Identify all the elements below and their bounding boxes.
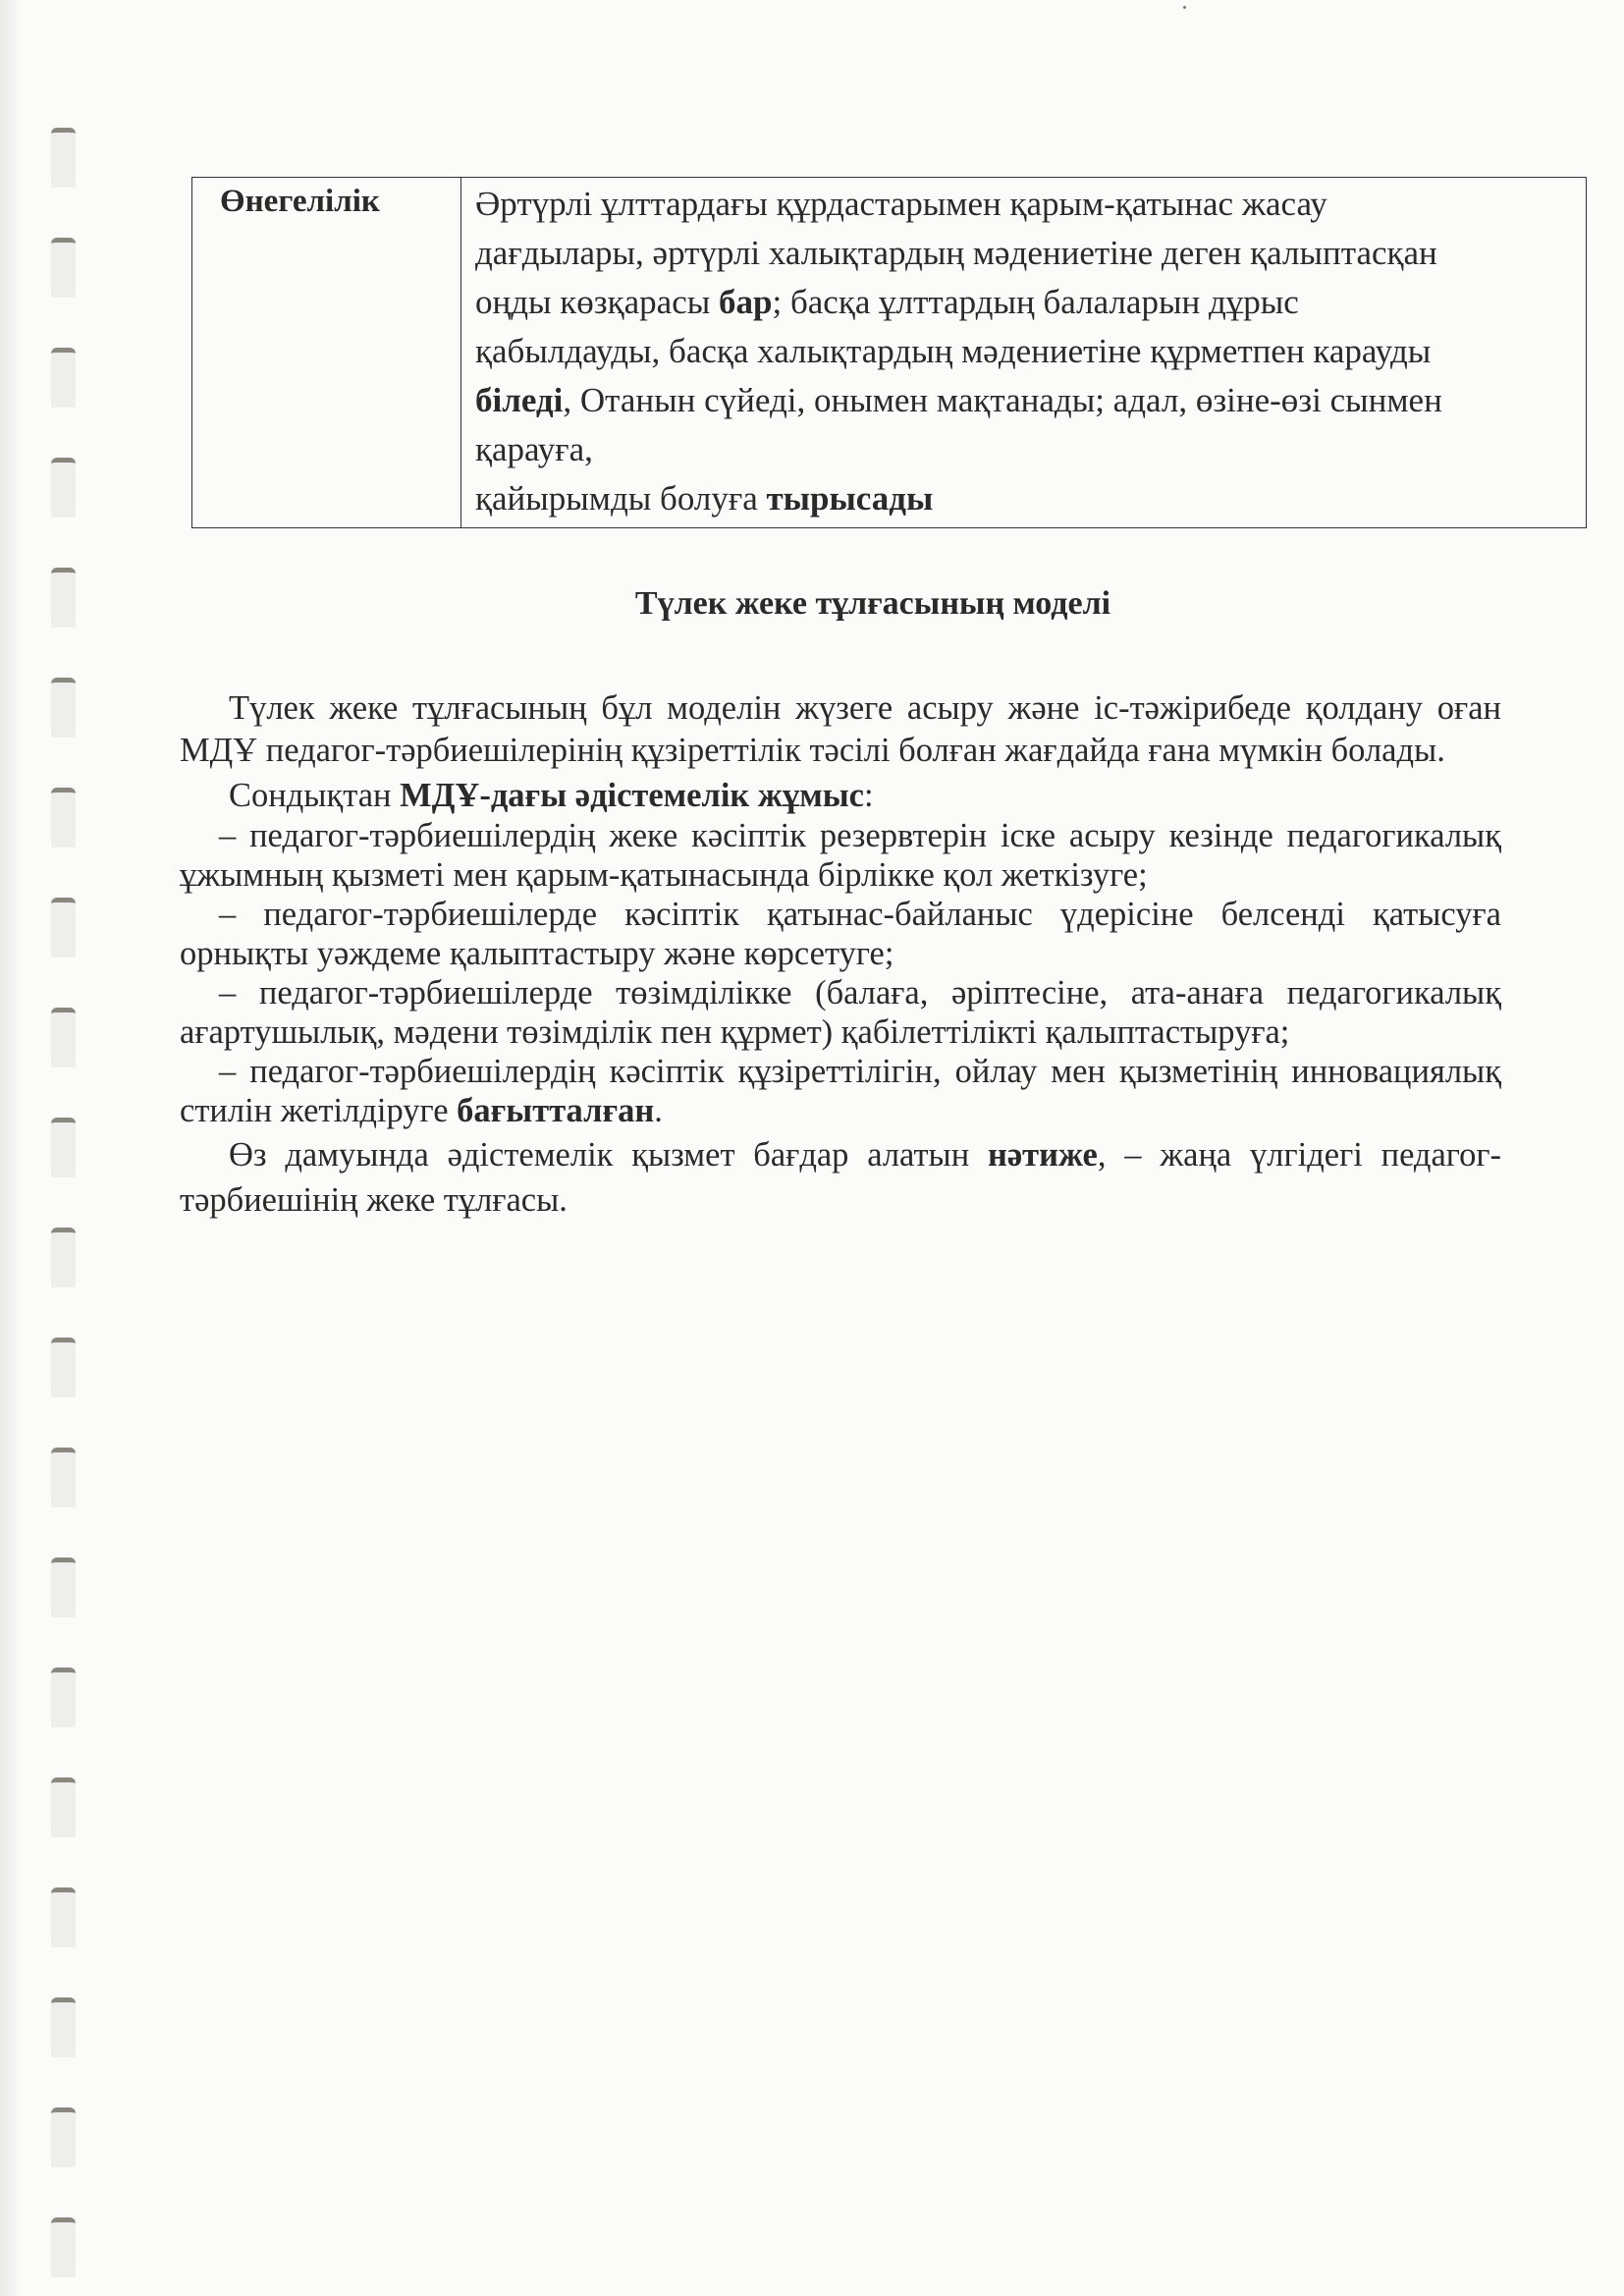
scan-speck (1183, 6, 1186, 9)
content-bold-text: біледі (475, 381, 563, 419)
content-bold-text: бар (719, 283, 772, 321)
content-text: , Отанын сүйеді, онымен мақтанады; адал,… (563, 381, 1441, 419)
binding-hole-icon (51, 1008, 76, 1067)
content-text: қарауға, (475, 430, 593, 468)
binding-hole-icon (51, 1338, 76, 1397)
binding-hole-icon (51, 128, 76, 188)
binding-hole-icon (51, 348, 76, 408)
content-line: қабылдауды, басқа халықтардың мәдениетін… (475, 327, 1574, 376)
content-line: қарауға, (475, 425, 1574, 474)
lead-colon: : (864, 777, 874, 814)
conclusion-bold-text: нәтиже (988, 1136, 1098, 1174)
body-text: Түлек жеке тұлғасының бұл моделін жүзеге… (180, 687, 1501, 1223)
scan-edge-shadow (0, 0, 22, 2296)
content-text: қабылдауды, басқа халықтардың мәдениетін… (475, 332, 1431, 370)
section-heading: Түлек жеке тұлғасының моделі (0, 585, 1624, 623)
binding-hole-icon (51, 1448, 76, 1507)
list-item: – педагог-тәрбиешілерде кәсіптік қатынас… (180, 895, 1501, 973)
lead-text: Сондықтан (229, 777, 400, 814)
list-item: – педагог-тәрбиешілерде төзімділікке (ба… (180, 973, 1501, 1052)
binding-hole-icon (51, 1997, 76, 2057)
section-heading-text: Түлек жеке тұлғасының моделі (635, 585, 1110, 623)
content-text: ; басқа ұлттардың балаларын дұрыс (772, 283, 1298, 321)
table-cell-content: Әртүрлі ұлттардағы құрдастарымен қарым-қ… (461, 178, 1587, 528)
table-row: Өнегелілік Әртүрлі ұлттардағы құрдастары… (192, 178, 1587, 528)
binding-hole-icon (51, 1228, 76, 1287)
binding-hole-icon (51, 2217, 76, 2277)
content-bold-text: тырысады (766, 479, 933, 518)
binding-hole-icon (51, 1777, 76, 1837)
content-text: қайырымды болуға (475, 479, 766, 518)
binding-holes (51, 0, 81, 2296)
list-item: – педагог-тәрбиешілердің кәсіптік құзіре… (180, 1052, 1501, 1130)
binding-hole-icon (51, 788, 76, 847)
list-item-text: – педагог-тәрбиешілердің кәсіптік құзіре… (180, 1053, 1501, 1129)
list-item-end: . (654, 1092, 663, 1129)
binding-hole-icon (51, 1558, 76, 1617)
binding-hole-icon (51, 1118, 76, 1177)
list-item: – педагог-тәрбиешілердің жеке кәсіптік р… (180, 816, 1501, 895)
lead-bold-text: МДҰ-дағы әдістемелік жұмыс (400, 777, 864, 814)
content-line: Әртүрлі ұлттардағы құрдастарымен қарым-қ… (475, 180, 1574, 229)
binding-hole-icon (51, 1887, 76, 1947)
paragraph-conclusion: Өз дамуында әдістемелік қызмет бағдар ал… (180, 1132, 1501, 1223)
values-table: Өнегелілік Әртүрлі ұлттардағы құрдастары… (191, 177, 1587, 528)
binding-hole-icon (51, 458, 76, 518)
binding-hole-icon (51, 898, 76, 957)
conclusion-text: Өз дамуында әдістемелік қызмет бағдар ал… (229, 1136, 988, 1174)
content-line: біледі, Отанын сүйеді, онымен мақтанады;… (475, 376, 1574, 425)
content-line: дағдылары, әртүрлі халықтардың мәдениеті… (475, 229, 1574, 278)
binding-hole-icon (51, 238, 76, 298)
binding-hole-icon (51, 2107, 76, 2167)
content-text: Әртүрлі ұлттардағы құрдастарымен қарым-қ… (475, 185, 1327, 223)
content-text: оңды көзқарасы (475, 283, 719, 321)
content-line: оңды көзқарасы бар; басқа ұлттардың бала… (475, 278, 1574, 327)
list-item-bold-text: бағытталған (457, 1092, 654, 1129)
binding-hole-icon (51, 1667, 76, 1727)
value-label: Өнегелілік (220, 184, 380, 219)
paragraph-intro: Түлек жеке тұлғасының бұл моделін жүзеге… (180, 687, 1501, 772)
content-text: дағдылары, әртүрлі халықтардың мәдениеті… (475, 234, 1437, 272)
binding-hole-icon (51, 678, 76, 738)
table-cell-label: Өнегелілік (192, 178, 461, 528)
content-line: қайырымды болуға тырысады (475, 474, 1574, 523)
paragraph-lead: Сондықтан МДҰ-дағы әдістемелік жұмыс: (180, 776, 1501, 816)
